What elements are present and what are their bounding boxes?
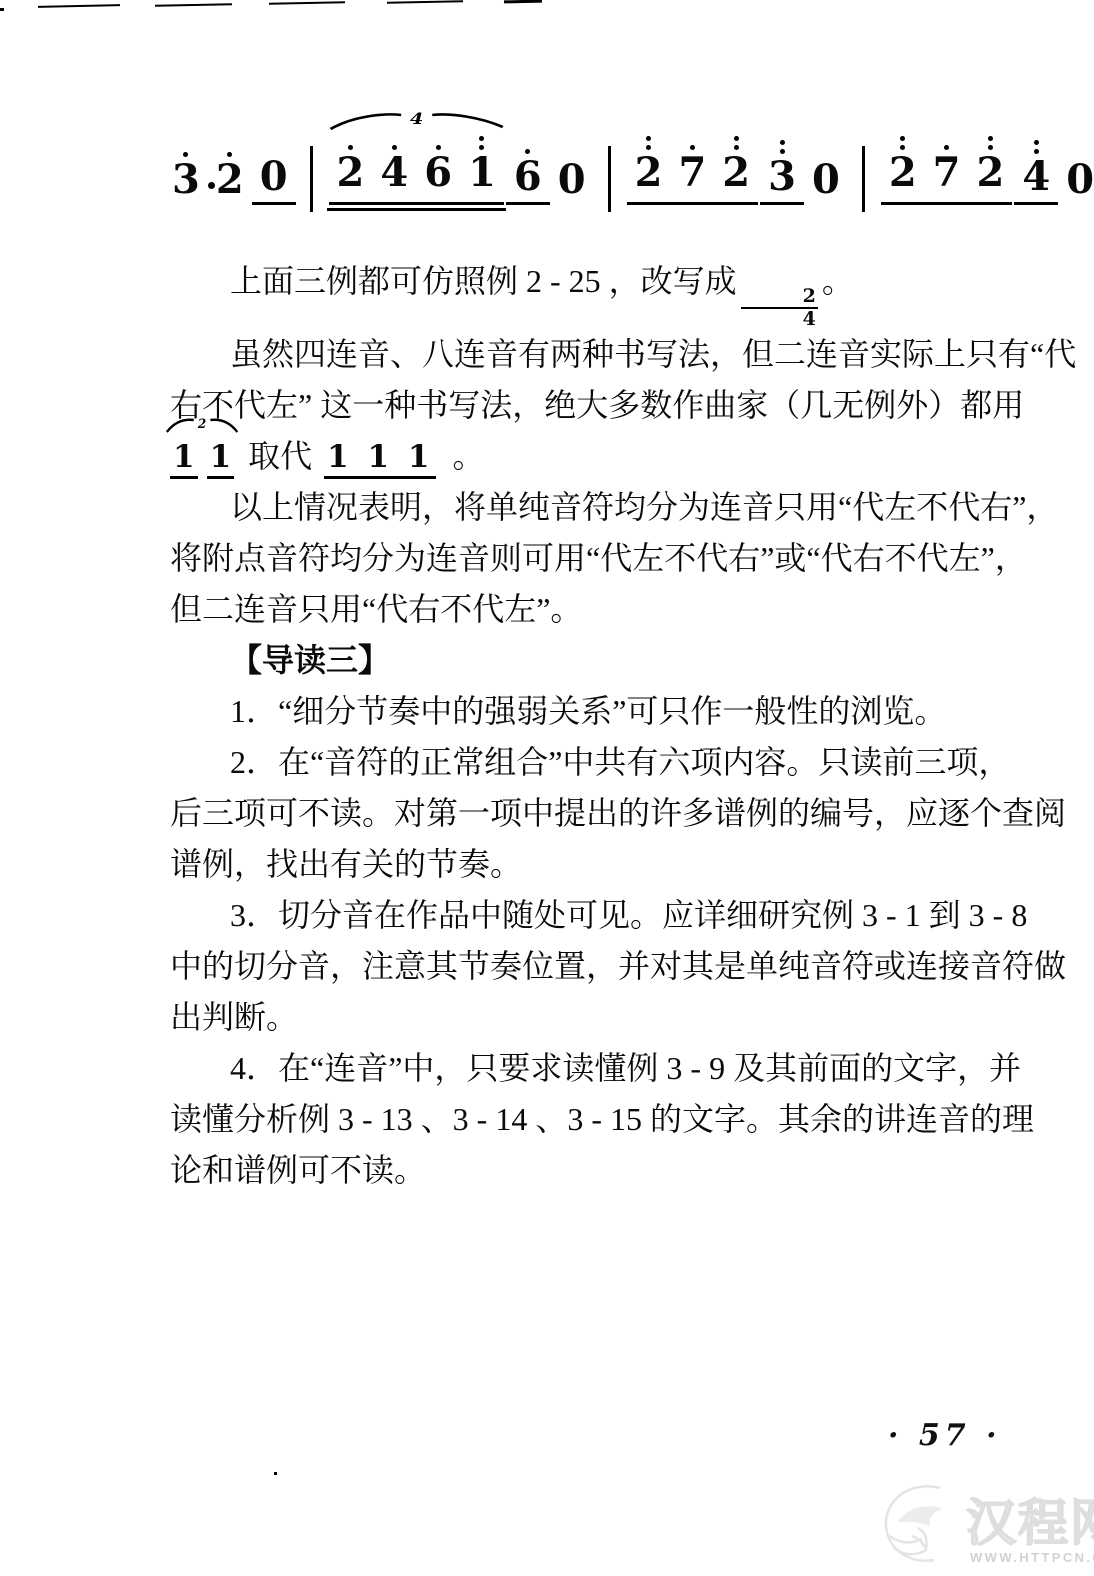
octave-dots [734,126,739,150]
note-digit: 2 [635,152,663,194]
underlined-notes-111: 1 1 1 [324,442,436,479]
time-signature-2-4: 24 [741,287,818,329]
beamed-note-group: 272 [627,126,759,205]
octave-dot [900,136,905,141]
watermark: 汉程网 WWW.HTTPCN.COM [876,1462,1094,1576]
note-digit: 2 [889,152,917,194]
paragraph-2-line-3-tail: 。 [452,438,484,474]
watermark-site-url: WWW.HTTPCN.COM [970,1550,1094,1565]
guide-item-4-line-3: 论和谱例可不读。 [170,1145,1030,1196]
octave-dots [436,126,441,150]
guide-item-4-line-1: 4．在“连音”中，只要求读懂例 3 - 9 及其前面的文字，并 [170,1043,1030,1094]
watermark-site-name: 汉程网 [966,1498,1094,1548]
music-note: 2 [329,126,373,198]
music-note: 7 [925,126,969,198]
note-digit: 1 [468,152,496,194]
scan-artifact-dash [38,4,120,8]
note-digit: 0 [260,156,288,198]
guide-item-3-line-2: 中的切分音，注意其节奏位置，并对其是单纯音符或连接音符做 [170,941,1030,992]
octave-dot [1034,140,1039,145]
octave-dots [348,126,353,150]
scanned-book-page: 32042461602723027240 上面三例都可仿照例 2 - 25 ，改… [0,0,1094,1576]
duplet-digit: 1 [207,442,235,479]
music-note: 0 [804,133,848,205]
note-digit: 0 [812,159,840,201]
paragraph-1-text: 上面三例都可仿照例 2 - 25 ，改写成 [230,263,737,299]
note-digit: 2 [977,152,1005,194]
beam-underline-group: 272 [627,126,759,205]
paragraph-3-line-2: 将附点音符均分为连音则可用“代左不代右”或“代右不代左”， [170,533,1030,584]
duplet-digit: 1 [170,442,198,479]
octave-dots [900,126,905,150]
paragraph-1: 上面三例都可仿照例 2 - 25 ，改写成24。 [170,256,1030,329]
barline [310,146,313,212]
music-note: 2 [208,133,252,205]
paragraph-2-line-2: 右不代左” 这一种书写法，绝大多数作曲家（几无例外）都用 [170,380,1030,431]
note-digit: 0 [558,159,586,201]
music-note: 0 [252,130,296,205]
music-notation: 32042461602723027240 [164,126,1094,205]
guide-item-2-line-3: 谱例，找出有关的节奏。 [170,839,1030,890]
octave-dots [183,133,188,157]
music-note: 6 [506,130,550,205]
barline [862,146,865,212]
paragraph-2-line-1: 虽然四连音、八连音有两种书写法，但二连音实际上只有“代 [170,329,1030,380]
octave-dots [780,130,785,154]
body-text: 上面三例都可仿照例 2 - 25 ，改写成24。 虽然四连音、八连音有两种书写法… [170,256,1030,1196]
page-number: · 57 · [888,1418,1002,1453]
music-note: 4 [372,126,416,198]
guide-item-2-line-1: 2．在“音符的正常组合”中共有六项内容。只读前三项， [170,737,1030,788]
music-note: 2 [714,126,758,198]
octave-dot [734,136,739,141]
beamed-note-group: 272 [881,126,1013,205]
duplet-bracket: 2 [165,417,239,433]
watermark-logo-icon [876,1478,964,1570]
fraction-numerator: 2 [741,287,818,309]
guide-item-1-line-1: 1．“细分节奏中的强弱关系”可只作一般性的浏览。 [170,686,1030,737]
octave-dots [392,126,397,150]
scan-speck [274,1472,277,1475]
octave-dots [227,133,232,157]
music-note: 6 [416,126,460,198]
music-note: 2 [881,126,925,198]
note-digit: 7 [933,152,961,194]
scan-artifact-dash [155,3,232,7]
note-digit: 0 [1066,159,1094,201]
octave-dot [988,136,993,141]
note-digit: 7 [678,152,706,194]
note-digit: 4 [380,152,408,194]
paragraph-3-line-1: 以上情况表明，将单纯音符均分为连音只用“代左不代右”， [170,482,1030,533]
scan-artifact-dash [387,0,463,4]
octave-dot [479,136,484,141]
scan-artifact-dash [504,0,542,3]
beam-underline-group: 2461 [329,126,504,205]
guide-item-3-line-1: 3．切分音在作品中随处可见。应详细研究例 3 - 1 到 3 - 8 [170,890,1030,941]
note-digit: 2 [722,152,750,194]
barline [608,146,611,212]
note-digit: 3 [172,159,200,201]
music-note: 3 [760,130,804,205]
music-note: 7 [670,126,714,198]
scan-speck [0,8,4,11]
music-note: 1 [460,126,504,198]
beam-underline-group: 272 [881,126,1013,205]
octave-dots [646,126,651,150]
octave-dots [988,126,993,150]
augmentation-dot [208,182,215,189]
note-digit: 6 [514,156,542,198]
guide-item-2-line-2: 后三项可不读。对第一项中提出的许多谱例的编号，应逐个查阅 [170,788,1030,839]
paragraph-3-line-3: 但二连音只用“代右不代左”。 [170,584,1030,635]
reading-guide-header: 【导读三】 [170,635,1030,686]
octave-dots [525,130,530,154]
note-digit: 3 [768,156,796,198]
note-digit: 2 [337,152,365,194]
note-digit: 2 [216,159,244,201]
music-note: 0 [1058,133,1094,205]
duplet-notation: 2 11 [170,431,234,482]
music-note: 4 [1014,130,1058,205]
octave-dots [1034,130,1039,154]
octave-dots [690,126,695,150]
paragraph-1-tail: 。 [822,263,854,299]
note-digit: 6 [424,152,452,194]
music-note: 2 [969,126,1013,198]
octave-dots [479,126,484,150]
music-note: 0 [550,133,594,205]
scan-artifact-dash [269,1,345,5]
duplet-number: 2 [197,417,207,431]
music-note: 3 [164,133,208,205]
fraction-denominator: 4 [743,309,816,329]
paragraph-2-line-3: 2 11 取代1 1 1。 [170,431,1030,482]
octave-dots [944,126,949,150]
octave-dot [780,140,785,145]
guide-item-4-line-2: 读懂分析例 3 - 13 、3 - 14 、3 - 15 的文字。其余的讲连音的… [170,1094,1030,1145]
beamed-note-group: 42461 [329,126,504,205]
note-digit: 4 [1022,156,1050,198]
paragraph-2-line-3-text: 取代 [248,438,312,474]
music-note: 2 [627,126,671,198]
octave-dot [646,136,651,141]
guide-item-3-line-3: 出判断。 [170,992,1030,1043]
